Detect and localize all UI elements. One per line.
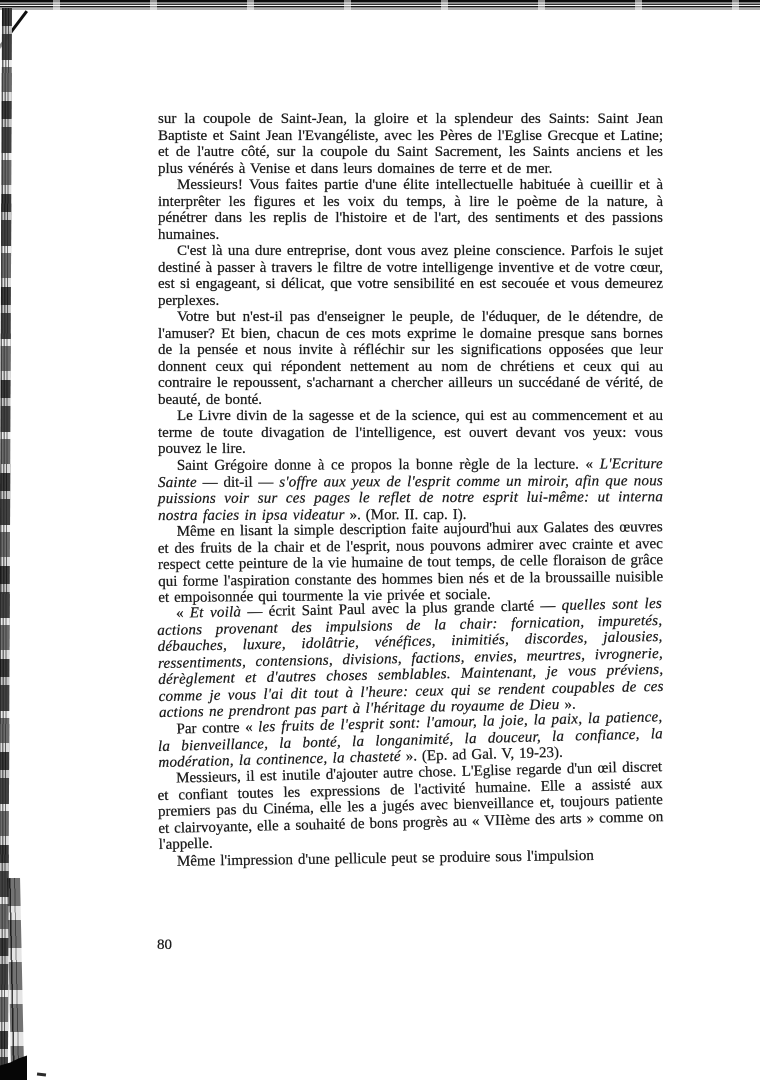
- paragraph: « Et voilà — écrit Saint Paul avec la pl…: [157, 596, 664, 722]
- text-segment: Le Livre divin de la sagesse et de la sc…: [158, 408, 663, 457]
- text-segment: Messieurs, il est inutile d'ajouter autr…: [157, 759, 663, 853]
- scan-artifact-bottom-tick: [37, 1072, 46, 1076]
- scan-artifact-left-gutter-lower: [7, 878, 24, 1066]
- paragraph: sur la coupole de Saint-Jean, la gloire …: [158, 111, 663, 177]
- text-segment: Saint Grégoire donne à ce propos la bonn…: [177, 456, 600, 473]
- scan-artifact-top-edge: [0, 0, 760, 12]
- text-segment: «: [176, 605, 190, 621]
- text-segment: C'est là una dure entreprise, dont vous …: [158, 243, 663, 309]
- paragraph: Messieurs, il est inutile d'ajouter autr…: [157, 759, 664, 853]
- text-segment-italic: Et voilà: [190, 604, 242, 621]
- text-segment: ». (Mor. II. cap. I).: [345, 506, 467, 522]
- text-segment: Messieurs! Vous faites partie d'une élit…: [158, 177, 663, 243]
- paragraph: Même en lisant la simple description fai…: [158, 519, 664, 606]
- text-segment: Votre but n'est-il pas d'enseigner le pe…: [158, 309, 663, 408]
- text-segment: Par contre «: [176, 719, 258, 737]
- paragraph: Le Livre divin de la sagesse et de la sc…: [158, 408, 663, 458]
- paragraph: C'est là una dure entreprise, dont vous …: [158, 243, 663, 309]
- text-segment: — dit-il —: [197, 474, 279, 490]
- paragraph: Votre but n'est-il pas d'enseigner le pe…: [158, 309, 663, 408]
- paragraph: Messieurs! Vous faites partie d'une élit…: [158, 177, 663, 243]
- text-segment: sur la coupole de Saint-Jean, la gloire …: [158, 111, 663, 177]
- paragraph: Saint Grégoire donne à ce propos la bonn…: [158, 456, 663, 524]
- text-block: sur la coupole de Saint-Jean, la gloire …: [158, 111, 663, 870]
- text-segment: Même en lisant la simple description fai…: [158, 519, 663, 606]
- scanned-book-page: sur la coupole de Saint-Jean, la gloire …: [0, 0, 760, 1080]
- page-number: 80: [157, 937, 172, 954]
